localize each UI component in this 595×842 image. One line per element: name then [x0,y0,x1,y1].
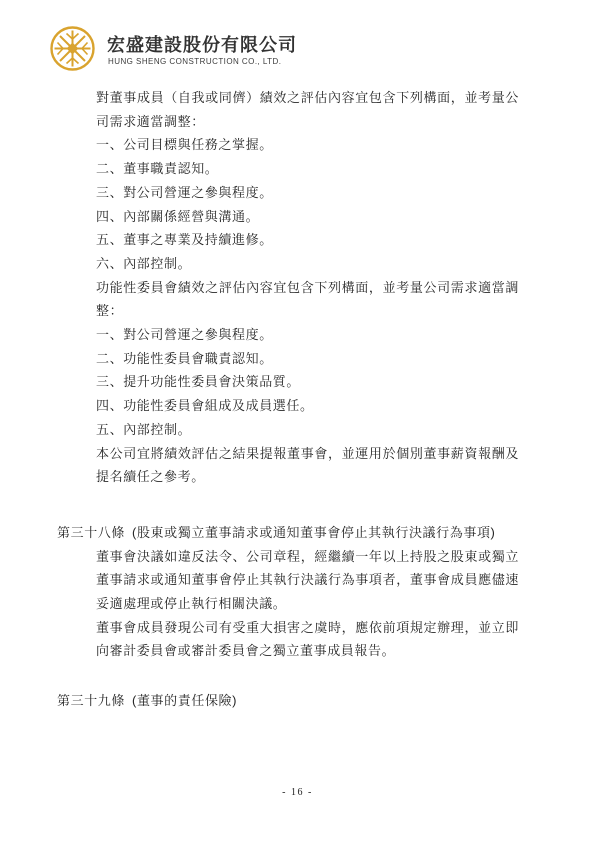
paragraph: 董事會成員發現公司有受重大損害之虞時，應依前項規定辦理，並立即向審計委員會或審計… [96,616,519,663]
list-item: 六、內部控制。 [96,252,519,276]
paragraph: 功能性委員會績效之評估內容宜包含下列構面，並考量公司需求適當調整： [96,276,519,323]
document-page: 宏盛建設股份有限公司 HUNG SHENG CONSTRUCTION CO., … [0,0,595,842]
paragraph: 本公司宜將績效評估之結果提報董事會，並運用於個別董事薪資報酬及提名續任之參考。 [96,442,519,489]
board-eval-section: 對董事成員（自我或同儕）績效之評估內容宜包含下列構面，並考量公司需求適當調整： … [96,86,519,276]
article-39: 第三十九條(董事的責任保險) [57,689,519,713]
sunburst-emblem-icon [49,25,96,72]
list-item: 四、功能性委員會組成及成員選任。 [96,394,519,418]
company-logo [49,25,96,72]
list-item: 一、對公司營運之參與程度。 [96,323,519,347]
list-item: 五、董事之專業及持續進修。 [96,228,519,252]
article-heading: 第三十八條(股東或獨立董事請求或通知董事會停止其執行決議行為事項) [57,521,519,545]
list-item: 一、公司目標與任務之掌握。 [96,133,519,157]
document-body: 對董事成員（自我或同儕）績效之評估內容宜包含下列構面，並考量公司需求適當調整： … [57,86,519,713]
article-number: 第三十八條 [57,525,125,540]
article-title: (股東或獨立董事請求或通知董事會停止其執行決議行為事項) [132,525,495,540]
list-item: 三、對公司營運之參與程度。 [96,181,519,205]
article-38: 第三十八條(股東或獨立董事請求或通知董事會停止其執行決議行為事項) 董事會決議如… [57,521,519,663]
list-item: 三、提升功能性委員會決策品質。 [96,370,519,394]
list-item: 四、內部關係經營與溝通。 [96,205,519,229]
paragraph: 對董事成員（自我或同儕）績效之評估內容宜包含下列構面，並考量公司需求適當調整： [96,86,519,133]
company-name-zh: 宏盛建設股份有限公司 [107,31,297,57]
paragraph: 董事會決議如違反法令、公司章程，經繼續一年以上持股之股東或獨立董事請求或通知董事… [96,545,519,616]
page-number: - 16 - [0,787,595,798]
article-number: 第三十九條 [57,693,125,708]
article-title: (董事的責任保險) [132,693,237,708]
article-heading: 第三十九條(董事的責任保險) [57,689,519,713]
committee-eval-section: 功能性委員會績效之評估內容宜包含下列構面，並考量公司需求適當調整： 一、對公司營… [96,276,519,489]
company-name-en: HUNG SHENG CONSTRUCTION CO., LTD. [108,57,281,66]
list-item: 五、內部控制。 [96,418,519,442]
list-item: 二、董事職責認知。 [96,157,519,181]
list-item: 二、功能性委員會職責認知。 [96,347,519,371]
